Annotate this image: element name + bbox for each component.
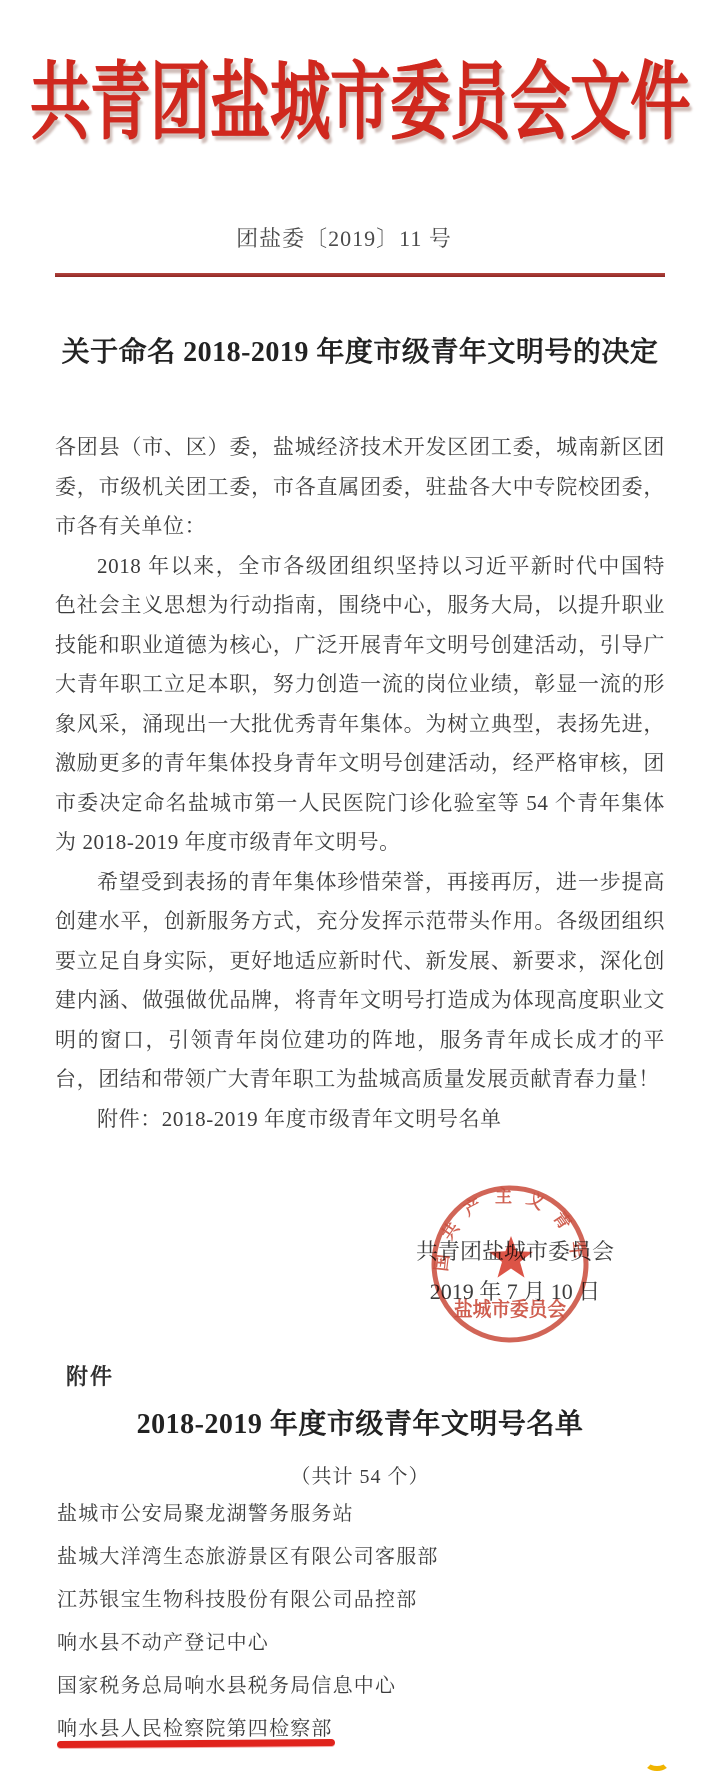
letterhead-title: 共青团盐城市委员会文件 [0,22,720,170]
issuing-authority-signature: 共青团盐城市委员会 [385,1232,645,1272]
issue-date: 2019 年 7 月 10 日 [385,1272,645,1312]
attachment-note: 附件：2018-2019 年度市级青年文明号名单 [55,1100,665,1140]
decision-title: 关于命名 2018-2019 年度市级青年文明号的决定 [0,330,720,370]
body-paragraph-1: 2018 年以来，全市各级团组织坚持以习近平新时代中国特色社会主义思想为行动指南… [55,547,665,863]
body-paragraph-2: 希望受到表扬的青年集体珍惜荣誉，再接再厉，进一步提高创建水平，创新服务方式，充分… [55,863,665,1100]
signature-block: 共青团盐城市委员会 2019 年 7 月 10 日 [385,1232,645,1312]
list-item: 盐城市公安局聚龙湖警务服务站 [57,1493,677,1536]
list-item: 盐城大洋湾生态旅游景区有限公司客服部 [57,1536,677,1579]
award-list: 盐城市公安局聚龙湖警务服务站 盐城大洋湾生态旅游景区有限公司客服部 江苏银宝生物… [57,1493,677,1751]
list-item: 江苏银宝生物科技股份有限公司品控部 [57,1579,677,1622]
attachment-list-title: 2018-2019 年度市级青年文明号名单 [0,1402,720,1442]
addressee-paragraph: 各团县（市、区）委，盐城经济技术开发区团工委，城南新区团委，市级机关团工委，市各… [55,428,665,547]
attachment-section-label: 附件 [66,1360,114,1391]
list-item: 响水县不动产登记中心 [57,1622,677,1665]
decision-body: 各团县（市、区）委，盐城经济技术开发区团工委，城南新区团委，市级机关团工委，市各… [55,428,665,1139]
letterhead-divider-rule [55,273,665,277]
document-number: 团盐委〔2019〕11 号 [0,222,688,253]
partial-smiley-icon [644,1753,670,1771]
list-item: 国家税务总局响水县税务局信息中心 [57,1665,677,1708]
attachment-count-note: （共计 54 个） [0,1460,720,1489]
official-document-page: 共青团盐城市委员会文件 团盐委〔2019〕11 号 关于命名 2018-2019… [0,0,720,1779]
